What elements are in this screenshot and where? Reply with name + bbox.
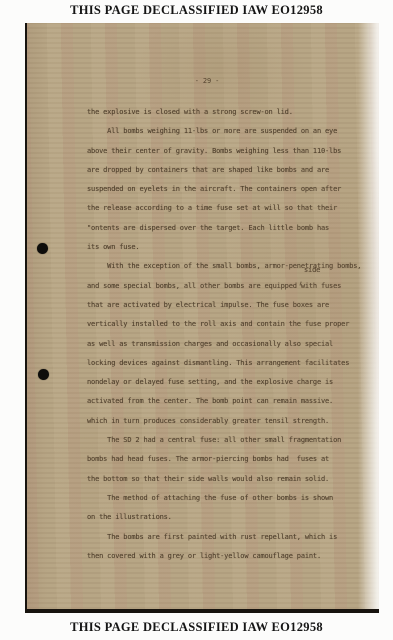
text-line: nondelay or delayed fuse setting, and th… bbox=[87, 373, 375, 392]
text-line: All bombs weighing 11-lbs or more are su… bbox=[87, 122, 375, 141]
inserted-word-side: side bbox=[304, 266, 320, 274]
body-text: the explosive is closed with a strong sc… bbox=[87, 103, 375, 566]
text-line: With the exception of the small bombs, a… bbox=[87, 257, 375, 276]
text-line: then covered with a grey or light-yellow… bbox=[87, 547, 375, 566]
text-line: are dropped by containers that are shape… bbox=[87, 161, 375, 180]
text-line: the bottom so that their side walls woul… bbox=[87, 470, 375, 489]
document-page: - 29 - the explosive is closed with a st… bbox=[25, 23, 379, 613]
text-line: bombs had head fuses. The armor-piercing… bbox=[87, 450, 375, 469]
text-line: the explosive is closed with a strong sc… bbox=[87, 103, 375, 122]
text-line: the release according to a time fuse set… bbox=[87, 199, 375, 218]
hole-punch-bottom bbox=[38, 369, 49, 380]
declassified-footer: THIS PAGE DECLASSIFIED IAW EO12958 bbox=[0, 620, 393, 635]
text-line: locking devices against dismantling. Thi… bbox=[87, 354, 375, 373]
text-line: its own fuse. bbox=[87, 238, 375, 257]
text-line: as well as transmission charges and occa… bbox=[87, 335, 375, 354]
text-line: and some special bombs, all other bombs … bbox=[87, 277, 375, 296]
text-line: The method of attaching the fuse of othe… bbox=[87, 489, 375, 508]
text-line: The SD 2 had a central fuse: all other s… bbox=[87, 431, 375, 450]
page-number: - 29 - bbox=[27, 76, 379, 86]
text-line: vertically installed to the roll axis an… bbox=[87, 315, 375, 334]
text-line: The bombs are first painted with rust re… bbox=[87, 528, 375, 547]
text-line: activated from the center. The bomb poin… bbox=[87, 392, 375, 411]
text-line: which in turn produces considerably grea… bbox=[87, 412, 375, 431]
text-line: suspended on eyelets in the aircraft. Th… bbox=[87, 180, 375, 199]
hole-punch-top bbox=[37, 243, 48, 254]
text-line: "ontents are dispersed over the target. … bbox=[87, 219, 375, 238]
declassified-header: THIS PAGE DECLASSIFIED IAW EO12958 bbox=[0, 3, 393, 18]
text-line: on the illustrations. bbox=[87, 508, 375, 527]
text-line: that are activated by electrical impulse… bbox=[87, 296, 375, 315]
text-line: above their center of gravity. Bombs wei… bbox=[87, 142, 375, 161]
